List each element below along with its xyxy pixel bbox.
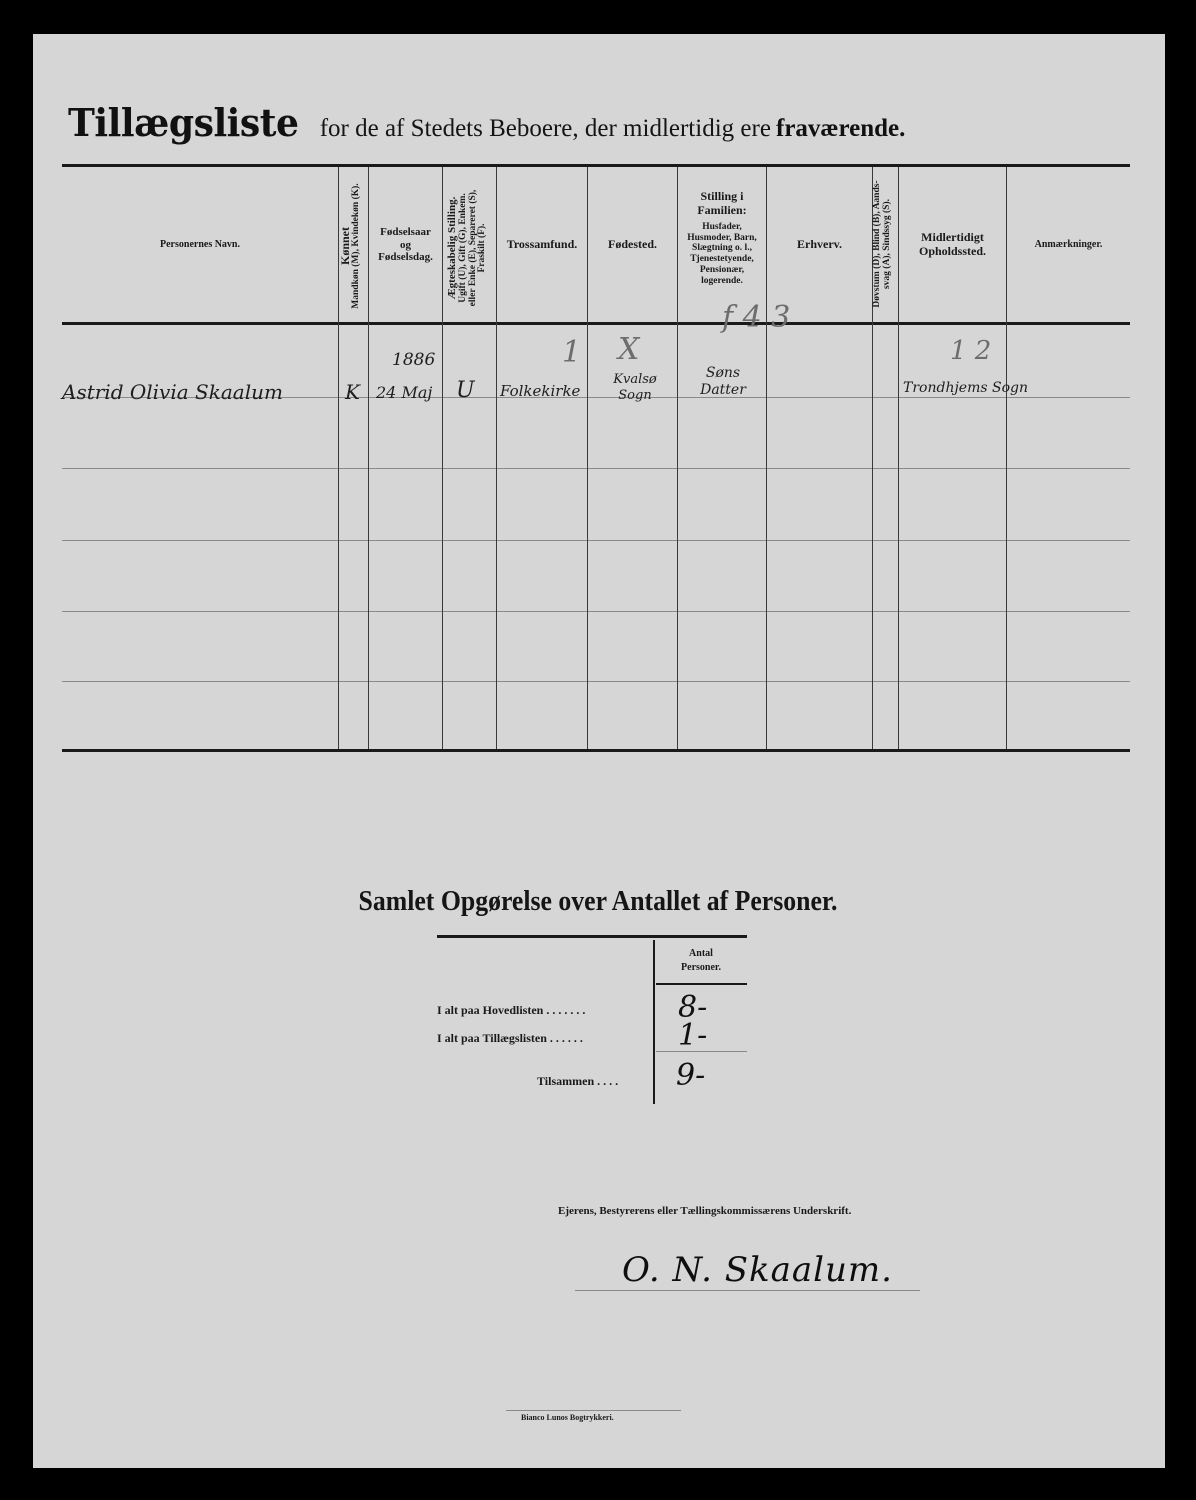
- cell-name: Astrid Olivia Skaalum: [62, 380, 283, 404]
- header-religion: Trossamfund.: [497, 170, 587, 320]
- title-emphasis: fraværende.: [776, 115, 905, 142]
- header-marital-line1: Ægteskabelig Stilling.: [447, 173, 459, 323]
- header-family-title: Stilling i Familien:: [687, 190, 757, 218]
- header-family-detail: Husfader, Husmoder, Barn, Slægtning o. l…: [680, 222, 764, 288]
- cell-birthplace: Kvalsø Sogn: [595, 372, 675, 403]
- header-religion-label: Trossamfund.: [507, 238, 578, 252]
- summary-header-line1: Antal: [655, 948, 747, 959]
- row-divider: [62, 540, 1130, 541]
- header-occupation: Erhverv.: [767, 170, 872, 320]
- header-remarks: Anmærkninger.: [1007, 170, 1130, 320]
- cell-temp-mark: 1 2: [950, 336, 991, 366]
- summary-row-value: 1-: [678, 1018, 707, 1053]
- signature-label: Ejerens, Bestyrerens eller Tællingskommi…: [558, 1205, 851, 1217]
- table-bottom-border: [62, 749, 1130, 752]
- title-subtitle: for de af Stedets Beboere, der midlertid…: [320, 115, 771, 142]
- summary-row-label: I alt paa Hovedlisten . . . . . . .: [437, 1003, 585, 1018]
- printer-line: [506, 1410, 681, 1411]
- table-header-bottom-border: [62, 322, 1130, 325]
- header-birthplace-label: Fødested.: [608, 238, 657, 252]
- cell-religion-mark: 1: [562, 335, 581, 370]
- header-disability-line2: svag (A), Sindssyg (S).: [883, 169, 893, 319]
- summary-title: Samlet Opgørelse over Antallet af Person…: [48, 886, 1148, 918]
- form-title: Tillægsliste for de af Stedets Beboere, …: [68, 100, 1098, 150]
- cell-family-mark: f 4 3: [722, 300, 790, 335]
- cell-religion: Folkekirke: [500, 382, 580, 400]
- header-sex-line2: Mandkøn (M), Kvindekøn (K).: [352, 171, 362, 321]
- signature-value: O. N. Skaalum.: [622, 1250, 893, 1290]
- cell-sex: K: [345, 380, 360, 404]
- cell-birth-day: 24 Maj: [376, 383, 432, 402]
- header-occupation-label: Erhverv.: [797, 238, 842, 252]
- summary-row-value: 9-: [676, 1058, 705, 1093]
- cell-temp-residence: Trondhjems Sogn: [903, 380, 1028, 396]
- column-divider: [442, 167, 443, 749]
- row-divider: [62, 468, 1130, 469]
- header-temp-residence-label: Midlertidigt Opholdssted.: [908, 231, 998, 259]
- summary-top-border: [437, 935, 747, 938]
- header-marital: Ægteskabelig Stilling. Ugift (U), Gift (…: [447, 173, 491, 323]
- signature-line: [575, 1290, 920, 1291]
- cell-marital: U: [456, 378, 475, 403]
- table-top-border: [62, 164, 1130, 167]
- header-disability: Døvstum (D), Blind (B), Aands- svag (A),…: [873, 169, 897, 319]
- header-sex: Kønnet Mandkøn (M), Kvindekøn (K).: [339, 171, 367, 321]
- summary-header-line2: Personer.: [655, 962, 747, 973]
- cell-family-position: Søns Datter: [688, 365, 758, 399]
- header-birth: Fødselsaar og Fødselsdag.: [369, 170, 442, 320]
- header-temp-residence: Midlertidigt Opholdssted.: [899, 170, 1006, 320]
- header-remarks-label: Anmærkninger.: [1035, 239, 1103, 251]
- header-family-position: Stilling i Familien: Husfader, Husmoder,…: [678, 190, 766, 310]
- summary-row-label: Tilsammen . . . .: [537, 1074, 618, 1089]
- summary-row-label: I alt paa Tillægslisten . . . . . .: [437, 1031, 583, 1046]
- header-birth-label: Fødselsaar og Fødselsdag.: [374, 226, 438, 264]
- cell-birthplace-mark: X: [618, 332, 639, 367]
- row-divider: [62, 611, 1130, 612]
- cell-birth-year: 1886: [392, 350, 435, 370]
- row-divider: [62, 681, 1130, 682]
- header-sex-line1: Kønnet: [339, 171, 352, 321]
- header-name-label: Personernes Navn.: [160, 239, 240, 251]
- header-birthplace: Fødested.: [588, 170, 677, 320]
- summary-header-bottom-border: [656, 983, 747, 985]
- printer-name: Bianco Lunos Bogtrykkeri.: [521, 1413, 614, 1422]
- header-name: Personernes Navn.: [62, 170, 338, 320]
- title-main: Tillægsliste: [68, 100, 298, 145]
- header-marital-line4: Fraskilt (F).: [478, 173, 488, 323]
